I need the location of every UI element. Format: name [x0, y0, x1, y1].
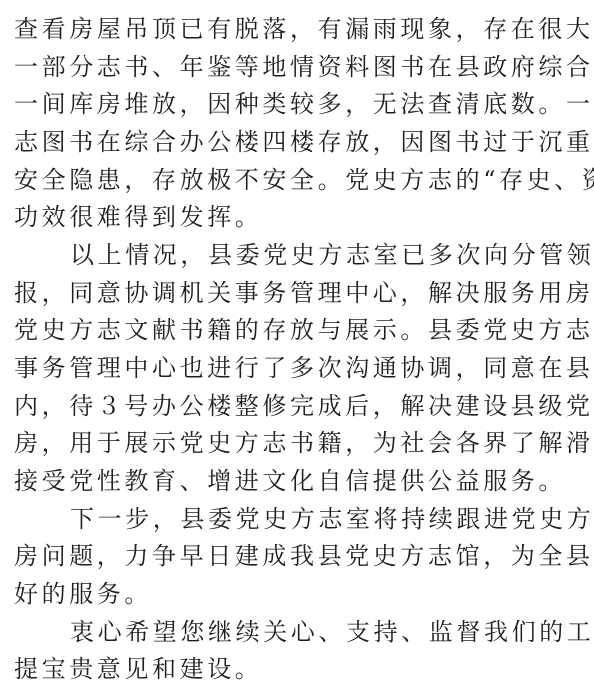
text-line: 房问题，力争早日建成我县党史方志馆，为全县人民提供更 — [14, 538, 580, 576]
text-line: 接受党性教育、增进文化自信提供公益服务。 — [14, 463, 580, 501]
text-line: 衷心希望您继续关心、支持、监督我们的工作，并请多 — [14, 614, 580, 652]
text-line: 一间库房堆放，因种类较多，无法查清底数。一部分党史方 — [14, 86, 580, 124]
paragraph-closing: 衷心希望您继续关心、支持、监督我们的工作，并请多 提宝贵意见和建设。 — [14, 614, 580, 689]
text-line: 查看房屋吊顶已有脱落，有漏雨现象，存在很大安全隐患； — [14, 11, 580, 49]
text-line: 提宝贵意见和建设。 — [14, 651, 580, 689]
text-line: 房，用于展示党史方志书籍，为社会各界了解滑县奋斗历程、 — [14, 425, 580, 463]
paragraph-storage-conditions: 查看房屋吊顶已有脱落，有漏雨现象，存在很大安全隐患； 一部分志书、年鉴等地情资料… — [14, 11, 580, 237]
text-line: 志图书在综合办公楼四楼存放，因图书过于沉重，楼板存在 — [14, 124, 580, 162]
paragraph-next-steps: 下一步，县委党史方志室将持续跟进党史方志馆建设用 房问题，力争早日建成我县党史方… — [14, 501, 580, 614]
text-line: 一部分志书、年鉴等地情资料图书在县政府综合办公楼一楼 — [14, 49, 580, 87]
text-line: 事务管理中心也进行了多次沟通协调，同意在县委县政府院 — [14, 350, 580, 388]
text-line: 以上情况，县委党史方志室已多次向分管领导进行了汇 — [14, 237, 580, 275]
text-line: 内，待３号办公楼整修完成后，解决建设县级党史方志馆用 — [14, 388, 580, 426]
text-line: 安全隐患，存放极不安全。党史方志的“存史、资政、育人” — [14, 162, 580, 200]
paragraph-coordination-progress: 以上情况，县委党史方志室已多次向分管领导进行了汇 报，同意协调机关事务管理中心，… — [14, 237, 580, 501]
text-line: 好的服务。 — [14, 576, 580, 614]
text-line: 报，同意协调机关事务管理中心，解决服务用房，逐步解决 — [14, 275, 580, 313]
document-page: 查看房屋吊顶已有脱落，有漏雨现象，存在很大安全隐患； 一部分志书、年鉴等地情资料… — [14, 11, 580, 689]
text-line: 功效很难得到发挥。 — [14, 199, 580, 237]
text-line: 下一步，县委党史方志室将持续跟进党史方志馆建设用 — [14, 501, 580, 539]
text-line: 党史方志文献书籍的存放与展示。县委党史方志室与县机关 — [14, 312, 580, 350]
